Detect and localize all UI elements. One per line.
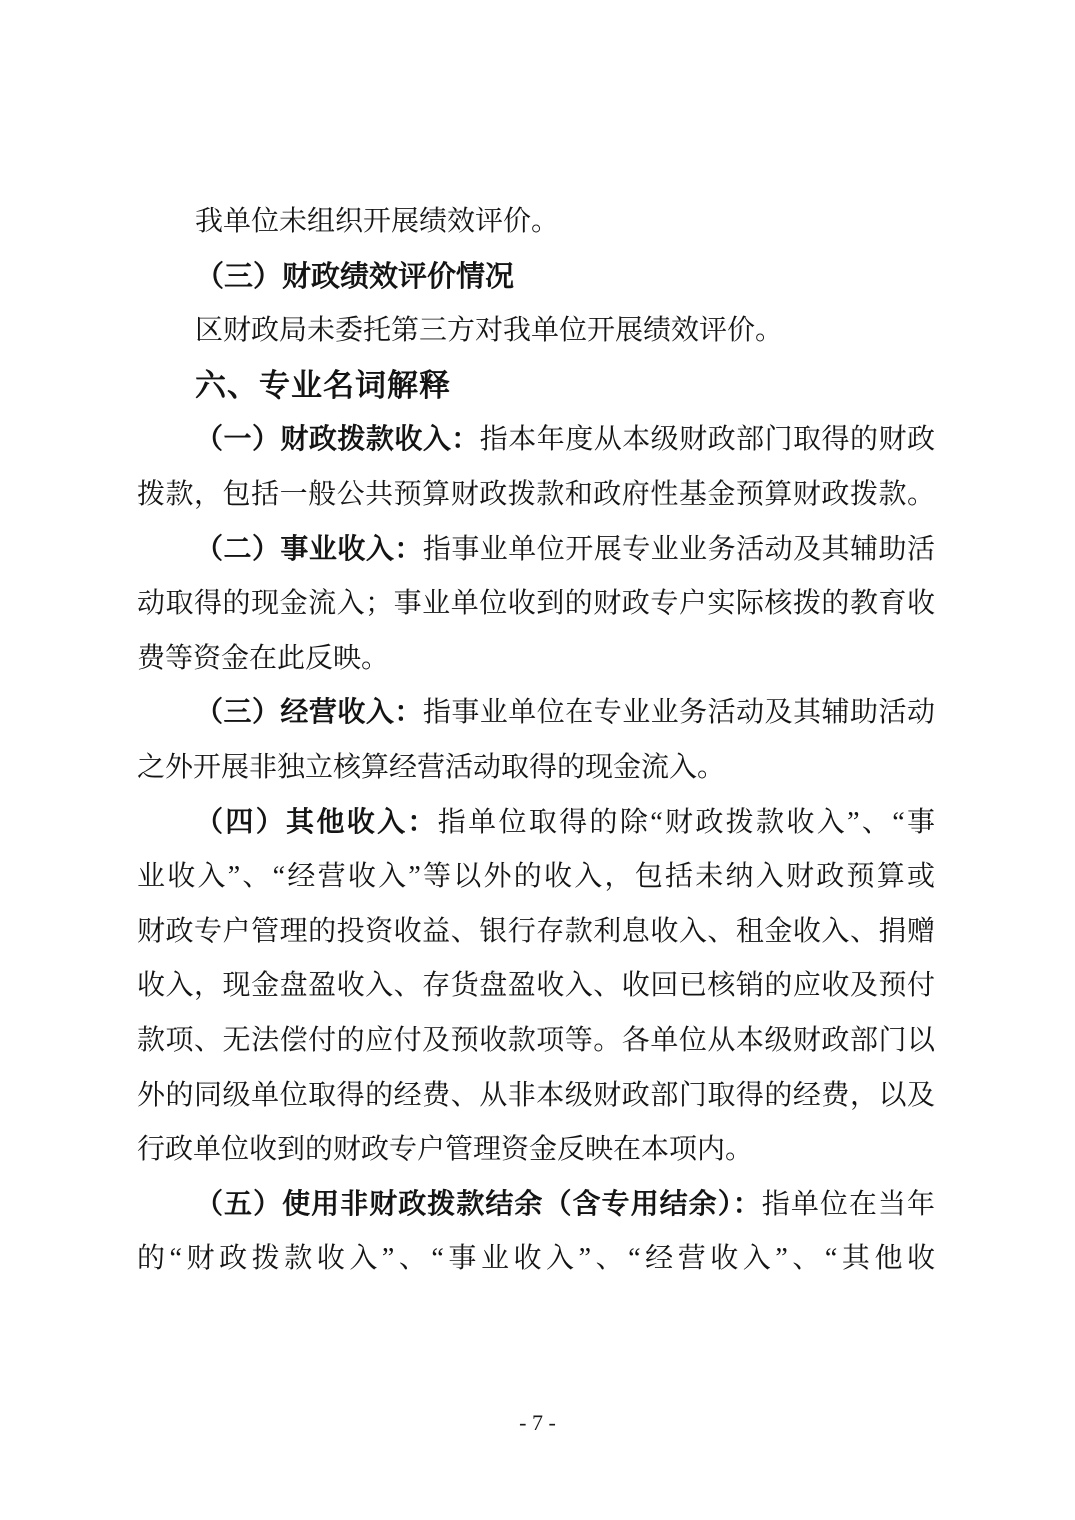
text-line-subheading-3-0: （三）财政绩效评价情况 xyxy=(137,250,935,305)
document-page: 我单位未组织开展绩效评价。（三）财政绩效评价情况区财政局未委托第三方对我单位开展… xyxy=(0,0,1075,1520)
footer: - 7 - xyxy=(0,1403,1075,1443)
line-text: 费等资金在此反映。 xyxy=(137,643,389,674)
term-def-5: （五）使用非财政拨款结余（含专用结余）： xyxy=(195,1189,762,1220)
text-line-def-2-2: 费等资金在此反映。 xyxy=(137,632,935,687)
line-text: 指本年度从本级财政部门取得的财政 xyxy=(480,424,935,455)
text-line-def-5-0: （五）使用非财政拨款结余（含专用结余）：指单位在当年 xyxy=(137,1178,935,1233)
line-text: 动取得的现金流入；事业单位收到的财政专户实际核拨的教育收 xyxy=(137,588,935,619)
line-text: 收入，现金盘盈收入、存货盘盈收入、收回已核销的应收及预付 xyxy=(137,970,935,1001)
text-line-def-3-0: （三）经营收入：指事业单位在专业业务活动及其辅助活动 xyxy=(137,686,935,741)
line-text: 指单位在当年 xyxy=(762,1189,935,1220)
text-line-perf-finance-note-0: 区财政局未委托第三方对我单位开展绩效评价。 xyxy=(137,304,935,359)
text-line-def-4-0: （四）其他收入：指单位取得的除“财政拨款收入”、“事 xyxy=(137,796,935,851)
line-text: 我单位未组织开展绩效评价。 xyxy=(195,206,559,237)
line-text: 区财政局未委托第三方对我单位开展绩效评价。 xyxy=(195,315,783,346)
line-text: 指单位取得的除“财政拨款收入”、“事 xyxy=(438,807,935,838)
text-line-def-3-1: 之外开展非独立核算经营活动取得的现金流入。 xyxy=(137,741,935,796)
term-heading-6: 六、专业名词解释 xyxy=(195,368,451,403)
line-text: 款项、无法偿付的应付及预收款项等。各单位从本级财政部门以 xyxy=(137,1025,935,1056)
text-line-perf-self-note-0: 我单位未组织开展绩效评价。 xyxy=(137,195,935,250)
line-text: 指事业单位在专业业务活动及其辅助活动 xyxy=(423,697,935,728)
line-text: 行政单位收到的财政专户管理资金反映在本项内。 xyxy=(137,1134,753,1165)
text-line-def-4-2: 财政专户管理的投资收益、银行存款利息收入、租金收入、捐赠 xyxy=(137,905,935,960)
page-number: - 7 - xyxy=(519,1410,556,1435)
text-line-def-1-0: （一）财政拨款收入：指本年度从本级财政部门取得的财政 xyxy=(137,413,935,468)
term-def-4: （四）其他收入： xyxy=(195,807,438,838)
text-line-def-4-1: 业收入”、“经营收入”等以外的收入，包括未纳入财政预算或 xyxy=(137,850,935,905)
text-line-def-5-1: 的“财政拨款收入”、“事业收入”、“经营收入”、“其他收 xyxy=(137,1232,935,1287)
text-line-def-2-0: （二）事业收入：指事业单位开展专业业务活动及其辅助活 xyxy=(137,523,935,578)
line-text: 之外开展非独立核算经营活动取得的现金流入。 xyxy=(137,752,725,783)
term-def-1: （一）财政拨款收入： xyxy=(195,424,480,455)
line-text: 外的同级单位取得的经费、从非本级财政部门取得的经费，以及 xyxy=(137,1080,935,1111)
term-def-3: （三）经营收入： xyxy=(195,697,423,728)
text-line-def-1-1: 拨款，包括一般公共预算财政拨款和政府性基金预算财政拨款。 xyxy=(137,468,935,523)
text-line-def-4-5: 外的同级单位取得的经费、从非本级财政部门取得的经费，以及 xyxy=(137,1069,935,1124)
text-line-def-4-4: 款项、无法偿付的应付及预收款项等。各单位从本级财政部门以 xyxy=(137,1014,935,1069)
term-subheading-3: （三）财政绩效评价情况 xyxy=(195,261,514,293)
text-line-def-4-6: 行政单位收到的财政专户管理资金反映在本项内。 xyxy=(137,1123,935,1178)
content: 我单位未组织开展绩效评价。（三）财政绩效评价情况区财政局未委托第三方对我单位开展… xyxy=(137,195,935,1287)
term-def-2: （二）事业收入： xyxy=(195,534,423,565)
text-line-def-4-3: 收入，现金盘盈收入、存货盘盈收入、收回已核销的应收及预付 xyxy=(137,959,935,1014)
text-line-def-2-1: 动取得的现金流入；事业单位收到的财政专户实际核拨的教育收 xyxy=(137,577,935,632)
text-line-heading-6-0: 六、专业名词解释 xyxy=(137,359,935,414)
line-text: 指事业单位开展专业业务活动及其辅助活 xyxy=(423,534,935,565)
line-text: 财政专户管理的投资收益、银行存款利息收入、租金收入、捐赠 xyxy=(137,916,935,947)
line-text: 的“财政拨款收入”、“事业收入”、“经营收入”、“其他收 xyxy=(137,1243,935,1274)
line-text: 业收入”、“经营收入”等以外的收入，包括未纳入财政预算或 xyxy=(137,861,935,892)
line-text: 拨款，包括一般公共预算财政拨款和政府性基金预算财政拨款。 xyxy=(137,479,935,510)
